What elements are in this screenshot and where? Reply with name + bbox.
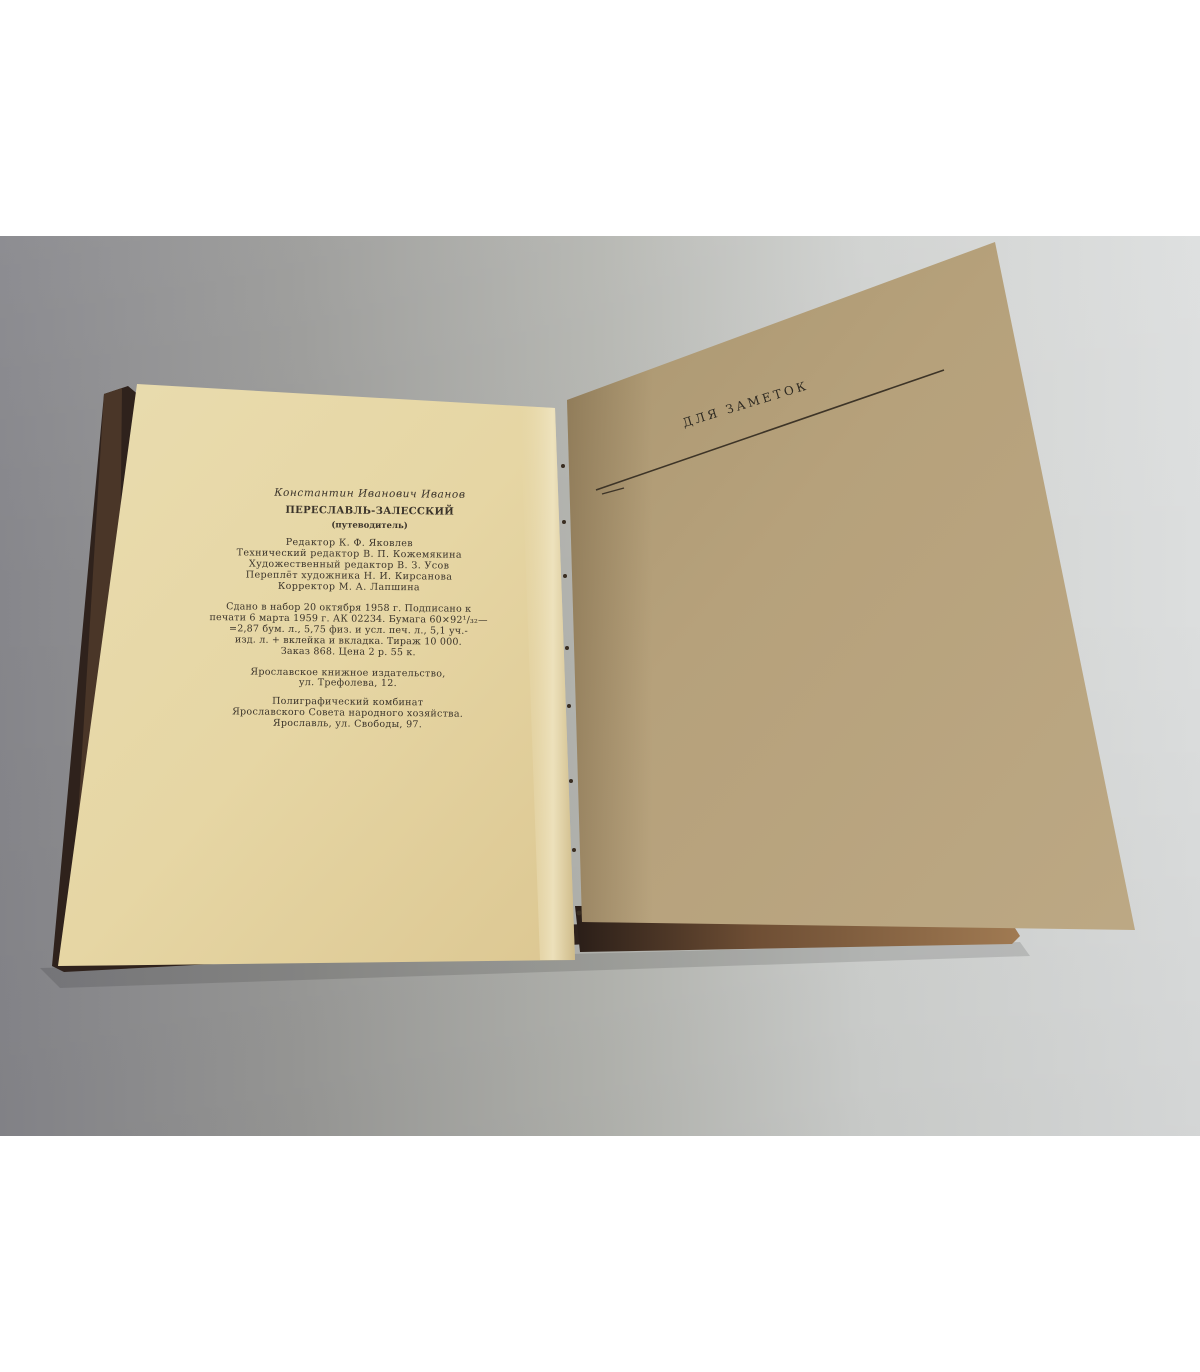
publisher-block: Ярославское книжное издательство, ул. Тр… (198, 667, 498, 692)
author-name: Константин Иванович Иванов (240, 486, 500, 501)
credits-block: Редактор К. Ф. Яковлев Технический редак… (199, 537, 500, 595)
open-book (0, 236, 1200, 1136)
colophon-text: Константин Иванович Иванов ПЕРЕСЛАВЛЬ-ЗА… (197, 486, 500, 732)
imprint-block: Сдано в набор 20 октября 1958 г. Подписа… (198, 602, 499, 660)
credit-line: Корректор М. А. Лапшина (199, 581, 499, 595)
book-photo: Константин Иванович Иванов ПЕРЕСЛАВЛЬ-ЗА… (0, 236, 1200, 1136)
book-subtitle: (путеводитель) (240, 520, 500, 532)
printer-block: Полиграфический комбинат Ярославского Со… (197, 696, 497, 732)
publisher-line: ул. Трефолева, 12. (198, 677, 498, 691)
book-title: ПЕРЕСЛАВЛЬ-ЗАЛЕССКИЙ (240, 504, 500, 518)
